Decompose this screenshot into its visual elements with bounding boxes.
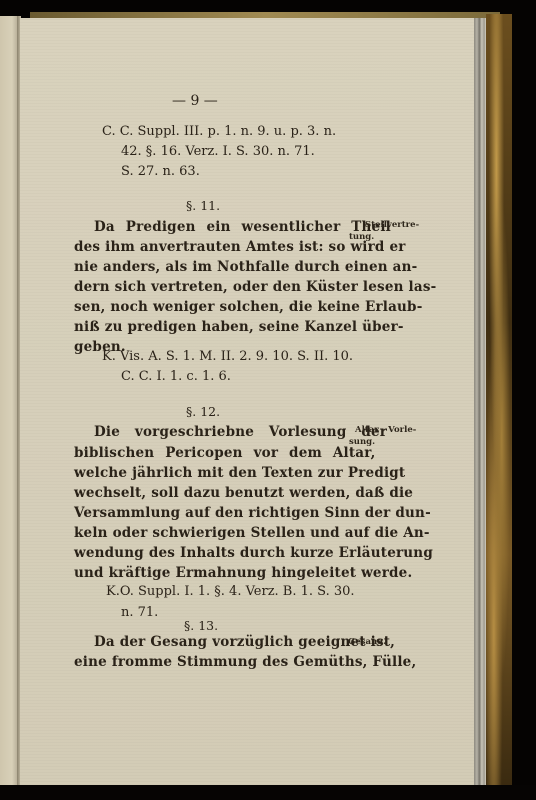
- margin-note-line: Stellvertre-: [365, 220, 419, 231]
- paragraph-line: Da Predigen ein wesentlicher Theil: [94, 218, 391, 237]
- margin-note-line: tung.: [349, 232, 374, 243]
- bottom-shadow: [0, 785, 536, 800]
- reference-line: S. 27. n. 63.: [121, 162, 200, 181]
- reference-line: K. Vis. A. S. 1. M. II. 2. 9. 10. S. II.…: [102, 347, 353, 366]
- section-heading-11: §. 11.: [186, 196, 220, 215]
- reference-line: n. 71.: [121, 603, 158, 622]
- marbled-cover-right: [486, 14, 512, 786]
- paragraph-line: welche jährlich mit den Texten zur Predi…: [74, 464, 405, 483]
- paragraph-line: nie anders, als im Nothfalle durch einen…: [74, 258, 417, 277]
- paragraph-line: biblischen Pericopen vor dem Altar,: [74, 444, 375, 463]
- page-edges: [474, 18, 486, 785]
- reference-line: C. C. Suppl. III. p. 1. n. 9. u. p. 3. n…: [102, 122, 336, 141]
- margin-note-line: Gesang.: [348, 637, 386, 648]
- paragraph-line: Versammlung auf den richtigen Sinn der d…: [74, 504, 431, 523]
- paragraph-line: und kräftige Ermahnung hingeleitet werde…: [74, 564, 412, 583]
- paragraph-line: wechselt, soll dazu benutzt werden, daß …: [74, 484, 413, 503]
- paragraph-line: niß zu predigen haben, seine Kanzel über…: [74, 318, 404, 337]
- paragraph-line: Die vorgeschriebne Vorlesung der: [94, 423, 387, 442]
- paragraph-line: wendung des Inhalts durch kurze Erläuter…: [74, 544, 433, 563]
- margin-note-line: sung.: [349, 437, 375, 448]
- paragraph-line: keln oder schwierigen Stellen und auf di…: [74, 524, 430, 543]
- page-number: — 9 —: [172, 92, 218, 111]
- paragraph-line: sen, noch weniger solchen, die keine Erl…: [74, 298, 423, 317]
- margin-note-line: Altar - Vorle-: [355, 425, 416, 436]
- reference-line: C. C. I. 1. c. 1. 6.: [121, 367, 231, 386]
- paragraph-line: dern sich vertreten, oder den Küster les…: [74, 278, 436, 297]
- section-heading-12: §. 12.: [186, 402, 220, 421]
- reference-line: 42. §. 16. Verz. I. S. 30. n. 71.: [121, 142, 315, 161]
- reference-line: K.O. Suppl. I. 1. §. 4. Verz. B. 1. S. 3…: [106, 582, 355, 601]
- paragraph-line: eine fromme Stimmung des Gemüths, Fülle,: [74, 653, 416, 672]
